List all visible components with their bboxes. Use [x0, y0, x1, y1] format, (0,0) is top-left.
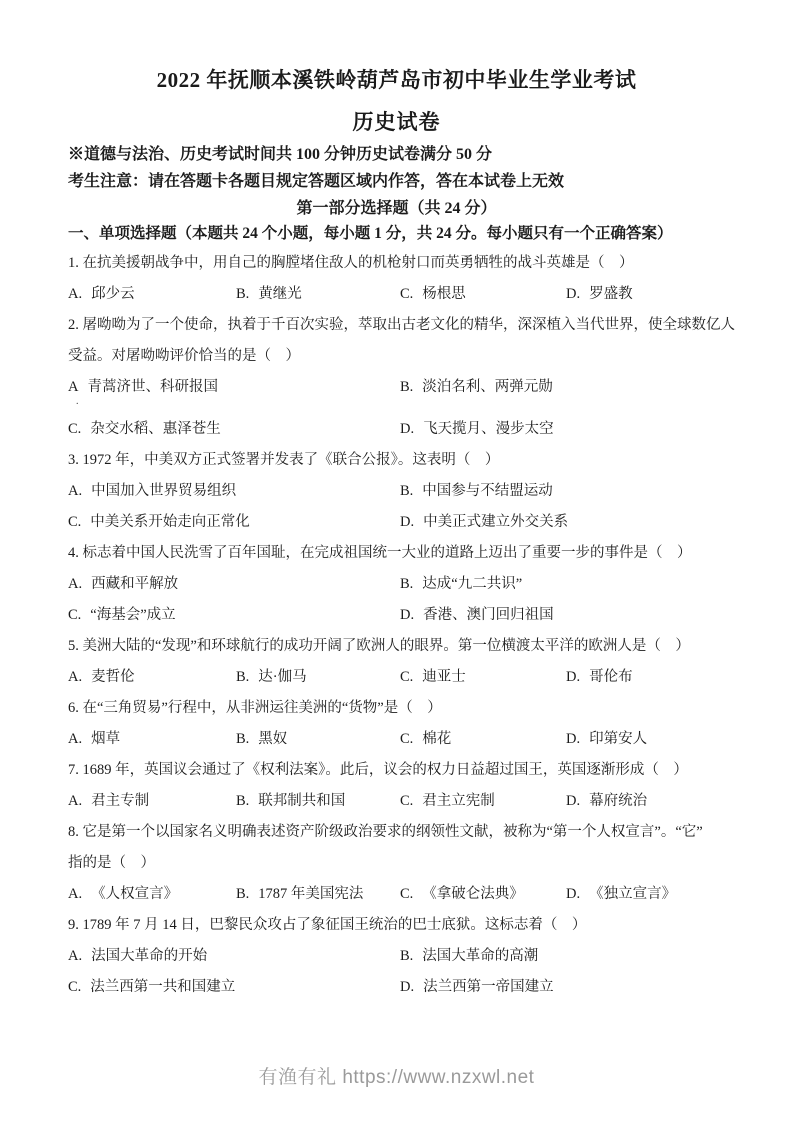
option-label: B. — [400, 379, 413, 395]
question-block: 7. 1689 年，英国议会通过了《权利法案》。此后，议会的权力日益超过国王，英… — [0, 755, 793, 817]
option-row: A.中国加入世界贸易组织B.中国参与不结盟运动 — [0, 476, 793, 507]
option-label: D. — [400, 514, 414, 530]
option-text: 法国大革命的高潮 — [422, 948, 538, 964]
option-label: D. — [400, 607, 414, 623]
option-text: 哥伦布 — [589, 669, 633, 685]
question-block: 9. 1789 年 7 月 14 日，巴黎民众攻占了象征国王统治的巴士底狱。这标… — [0, 910, 793, 1003]
option: A.烟草 — [68, 724, 120, 755]
option-text: 法兰西第一共和国建立 — [90, 979, 235, 995]
option-text: 棉花 — [422, 731, 451, 747]
option: A.《人权宣言》 — [68, 879, 178, 910]
option-label: C. — [400, 886, 413, 902]
option: D.《独立宣言》 — [566, 879, 676, 910]
option-label: C. — [400, 286, 413, 302]
question-text: 9. 1789 年 7 月 14 日，巴黎民众攻占了象征国王统治的巴士底狱。这标… — [0, 910, 793, 941]
option-row: C.法兰西第一共和国建立D.法兰西第一帝国建立 — [0, 972, 793, 1003]
option: B.达·伽马 — [236, 662, 307, 693]
option-row: A.《人权宣言》B.1787 年美国宪法C.《拿破仑法典》D.《独立宣言》 — [0, 879, 793, 910]
question-text: 5. 美洲大陆的“发现”和环球航行的成功开阔了欧洲人的眼界。第一位横渡太平洋的欧… — [0, 631, 793, 662]
question-text: 受益。对屠呦呦评价恰当的是（ ） — [0, 341, 793, 372]
option-text: 黑奴 — [258, 731, 287, 747]
option: B.达成“九二共识” — [400, 569, 522, 600]
option-label: A. — [68, 731, 82, 747]
question-block: 2. 屠呦呦为了一个使命，执着于千百次实验，萃取出古老文化的精华，深深植入当代世… — [0, 310, 793, 445]
option-label: C. — [68, 607, 81, 623]
option-label: B. — [236, 793, 249, 809]
question-text: 1. 在抗美援朝战争中，用自己的胸膛堵住敌人的机枪射口而英勇牺牲的战斗英雄是（ … — [0, 248, 793, 279]
option: C.“海基会”成立 — [68, 600, 176, 631]
option-label: C. — [400, 731, 413, 747]
option-label: B. — [236, 731, 249, 747]
question-type-heading: 一、单项选择题（本题共 24 个小题，每小题 1 分，共 24 分。每小题只有一… — [68, 221, 673, 243]
option-row: A.君主专制B.联邦制共和国C.君主立宪制D.幕府统治 — [0, 786, 793, 817]
question-text: 3. 1972 年，中美双方正式签署并发表了《联合公报》。这表明（ ） — [0, 445, 793, 476]
option-text: 邱少云 — [91, 286, 135, 302]
option-label: A. — [68, 793, 82, 809]
option: A.麦哲伦 — [68, 662, 135, 693]
option: B.黄继光 — [236, 279, 302, 310]
option-label: A — [68, 379, 78, 395]
option: A.君主专制 — [68, 786, 149, 817]
question-text: 指的是（ ） — [0, 848, 793, 879]
option-text: 《拿破仑法典》 — [422, 886, 524, 902]
option: B.联邦制共和国 — [236, 786, 345, 817]
question-block: 8. 它是第一个以国家名义明确表述资产阶级政治要求的纲领性文献，被称为“第一个人… — [0, 817, 793, 910]
question-text: 4. 标志着中国人民洗雪了百年国耻，在完成祖国统一大业的道路上迈出了重要一步的事… — [0, 538, 793, 569]
option: D.法兰西第一帝国建立 — [400, 972, 554, 1003]
option: B.中国参与不结盟运动 — [400, 476, 553, 507]
option-text: 达·伽马 — [258, 669, 306, 685]
option: C.迪亚士 — [400, 662, 466, 693]
option: C.杨根思 — [400, 279, 466, 310]
option-label: B. — [400, 948, 413, 964]
option: B.法国大革命的高潮 — [400, 941, 538, 972]
option-label: A. — [68, 576, 82, 592]
option-label: A. — [68, 669, 82, 685]
option: D.罗盛教 — [566, 279, 633, 310]
option-row: C.“海基会”成立D.香港、澳门回归祖国 — [0, 600, 793, 631]
option: C.君主立宪制 — [400, 786, 495, 817]
option-label: B. — [236, 886, 249, 902]
option-label: D. — [400, 979, 414, 995]
question-block: 6. 在“三角贸易”行程中，从非洲运往美洲的“货物”是（ ）A.烟草B.黑奴C.… — [0, 693, 793, 755]
option-label: B. — [236, 286, 249, 302]
option-label: C. — [68, 421, 81, 437]
option-label: C. — [400, 669, 413, 685]
option-label: B. — [236, 669, 249, 685]
question-text: 2. 屠呦呦为了一个使命，执着于千百次实验，萃取出古老文化的精华，深深植入当代世… — [0, 310, 793, 341]
option-label: C. — [68, 514, 81, 530]
option-text: 法兰西第一帝国建立 — [423, 979, 554, 995]
exam-title: 2022 年抚顺本溪铁岭葫芦岛市初中毕业生学业考试 — [0, 64, 793, 94]
watermark-footer: 有渔有礼 https://www.nzxwl.net — [0, 1062, 793, 1089]
question-text: 6. 在“三角贸易”行程中，从非洲运往美洲的“货物”是（ ） — [0, 693, 793, 724]
option-text: 中美关系开始走向正常化 — [90, 514, 250, 530]
exam-paper-page: 2022 年抚顺本溪铁岭葫芦岛市初中毕业生学业考试 历史试卷 ※道德与法治、历史… — [0, 0, 793, 1122]
option-text: 西藏和平解放 — [91, 576, 178, 592]
option-text: “海基会”成立 — [90, 607, 175, 623]
option-label: D. — [566, 669, 580, 685]
option: A青蒿济世、科研报国 — [68, 372, 218, 403]
option-text: 君主专制 — [91, 793, 149, 809]
option-text: 联邦制共和国 — [258, 793, 345, 809]
option: A.西藏和平解放 — [68, 569, 178, 600]
option-text: 达成“九二共识” — [422, 576, 522, 592]
option: B.淡泊名利、两弹元勋 — [400, 372, 553, 403]
option-label: A. — [68, 286, 82, 302]
question-block: 1. 在抗美援朝战争中，用自己的胸膛堵住敌人的机枪射口而英勇牺牲的战斗英雄是（ … — [0, 248, 793, 310]
option-label: D. — [566, 286, 580, 302]
option-label: D. — [566, 793, 580, 809]
questions-list: 1. 在抗美援朝战争中，用自己的胸膛堵住敌人的机枪射口而英勇牺牲的战斗英雄是（ … — [0, 248, 793, 1003]
notice-exam-time: ※道德与法治、历史考试时间共 100 分钟历史试卷满分 50 分 — [68, 141, 753, 164]
option-row: A.烟草B.黑奴C.棉花D.印第安人 — [0, 724, 793, 755]
option-row: A.法国大革命的开始B.法国大革命的高潮 — [0, 941, 793, 972]
option: A.法国大革命的开始 — [68, 941, 207, 972]
option-text: 中国加入世界贸易组织 — [91, 483, 236, 499]
question-block: 4. 标志着中国人民洗雪了百年国耻，在完成祖国统一大业的道路上迈出了重要一步的事… — [0, 538, 793, 631]
option-text: 幕府统治 — [589, 793, 647, 809]
watermark-text: 有渔有礼 https://www.nzxwl.net — [259, 1067, 535, 1088]
option-label: D. — [566, 731, 580, 747]
option: D.哥伦布 — [566, 662, 633, 693]
option-text: 杨根思 — [422, 286, 466, 302]
option-text: 飞天揽月、漫步太空 — [423, 421, 554, 437]
option-text: 1787 年美国宪法 — [258, 886, 363, 902]
option-text: 中美正式建立外交关系 — [423, 514, 568, 530]
option-label: A. — [68, 886, 82, 902]
option-row: A.西藏和平解放B.达成“九二共识” — [0, 569, 793, 600]
question-block: 5. 美洲大陆的“发现”和环球航行的成功开阔了欧洲人的眼界。第一位横渡太平洋的欧… — [0, 631, 793, 693]
option: B.1787 年美国宪法 — [236, 879, 363, 910]
option-label: B. — [400, 483, 413, 499]
option: D.中美正式建立外交关系 — [400, 507, 568, 538]
option: A.邱少云 — [68, 279, 135, 310]
option: C.中美关系开始走向正常化 — [68, 507, 250, 538]
option-text: 香港、澳门回归祖国 — [423, 607, 554, 623]
option-text: 杂交水稻、惠泽苍生 — [90, 421, 221, 437]
option-text: 罗盛教 — [589, 286, 633, 302]
option-text: 迪亚士 — [422, 669, 466, 685]
option-label: B. — [400, 576, 413, 592]
option-label: A. — [68, 948, 82, 964]
option: B.黑奴 — [236, 724, 287, 755]
question-text: 7. 1689 年，英国议会通过了《权利法案》。此后，议会的权力日益超过国王，英… — [0, 755, 793, 786]
option: A.中国加入世界贸易组织 — [68, 476, 236, 507]
option: D.幕府统治 — [566, 786, 647, 817]
option-text: 中国参与不结盟运动 — [422, 483, 553, 499]
option-text: 烟草 — [91, 731, 120, 747]
stray-print-mark: . — [76, 396, 79, 407]
option-text: 《独立宣言》 — [589, 886, 676, 902]
notice-candidates: 考生注意：请在答题卡各题目规定答题区域内作答，答在本试卷上无效 — [68, 168, 753, 191]
option-label: C. — [68, 979, 81, 995]
option-label: A. — [68, 483, 82, 499]
option-label: C. — [400, 793, 413, 809]
option: D.香港、澳门回归祖国 — [400, 600, 554, 631]
exam-subject-title: 历史试卷 — [0, 106, 793, 136]
option-row: C.杂交水稻、惠泽苍生D.飞天揽月、漫步太空 — [0, 414, 793, 445]
option-text: 君主立宪制 — [422, 793, 495, 809]
option-text: 黄继光 — [258, 286, 302, 302]
option-row: A.邱少云B.黄继光C.杨根思D.罗盛教 — [0, 279, 793, 310]
option: D.印第安人 — [566, 724, 647, 755]
option-text: 青蒿济世、科研报国 — [87, 379, 218, 395]
option: C.棉花 — [400, 724, 451, 755]
option-text: 《人权宣言》 — [91, 886, 178, 902]
question-text: 8. 它是第一个以国家名义明确表述资产阶级政治要求的纲领性文献，被称为“第一个人… — [0, 817, 793, 848]
option: C.杂交水稻、惠泽苍生 — [68, 414, 221, 445]
option-text: 印第安人 — [589, 731, 647, 747]
option-label: D. — [400, 421, 414, 437]
section-heading: 第一部分选择题（共 24 分） — [0, 195, 793, 218]
option-label: D. — [566, 886, 580, 902]
option: C.《拿破仑法典》 — [400, 879, 524, 910]
option-row: A.麦哲伦B.达·伽马C.迪亚士D.哥伦布 — [0, 662, 793, 693]
option-text: 法国大革命的开始 — [91, 948, 207, 964]
option-text: 麦哲伦 — [91, 669, 135, 685]
option-text: 淡泊名利、两弹元勋 — [422, 379, 553, 395]
option: D.飞天揽月、漫步太空 — [400, 414, 554, 445]
option-row: C.中美关系开始走向正常化D.中美正式建立外交关系 — [0, 507, 793, 538]
question-block: 3. 1972 年，中美双方正式签署并发表了《联合公报》。这表明（ ）A.中国加… — [0, 445, 793, 538]
option-row: A青蒿济世、科研报国B.淡泊名利、两弹元勋 — [0, 372, 793, 403]
option: C.法兰西第一共和国建立 — [68, 972, 235, 1003]
